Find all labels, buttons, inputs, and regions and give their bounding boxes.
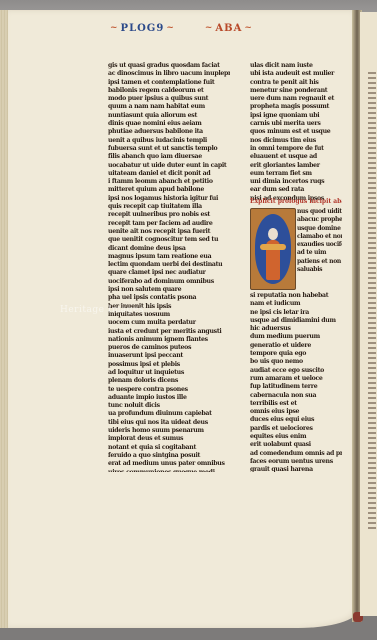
text-line: generatio et uidere [250,342,342,350]
flourish-icon: ~ [110,23,119,33]
text-line: contra te penit ait his [250,79,342,87]
running-head-left-text: PLOG9 [121,23,165,34]
text-line: rum amaram et ueloce [250,375,342,383]
text-line: bo uis quo nemo [250,358,342,366]
text-line: pueros de caminos puteos [108,344,230,352]
text-line: menetur sine ponderant [250,87,342,95]
text-line: tunc noluit dicis [108,402,230,410]
text-line: gis ut quasi gradus quosdam faciat [108,62,230,70]
text-line: uociferabo ad dominum omnibus [108,278,230,286]
text-line: iusta et credunt per meritis angusti [108,328,230,336]
text-line: usque domine [297,225,342,233]
text-line: inuaserunt ipsi peccant [108,352,230,360]
text-line: nos dicimus tim eius [250,137,342,145]
text-line: que uenitit cognoscitur tem sed tu [108,236,230,244]
text-line: nuntiasunt quia aliorum est [108,112,230,120]
text-line: eluauent et usque ad [250,153,342,161]
text-line: tempore quia ego [250,350,342,358]
text-line: tibi eius qui nos ita uideat deus [108,419,230,427]
initial-letter-o [255,214,291,284]
flourish-icon: ~ [205,23,214,33]
text-line: pardis et uelociores [250,425,342,433]
text-line: ipsi tamen et contemplatione fuit [108,79,230,87]
text-line: carnis ubi merita uers [250,120,342,128]
text-column-left: gis ut quasi gradus quosdam faciatac din… [108,62,230,472]
initial-side-text: nus quod uiditabacuc prophetausque domin… [297,208,342,288]
text-line: mitteret quium apud babilone [108,186,230,194]
text-line: erat ad medium unus pater omnibus [108,460,230,468]
text-line: ad loquitur ut inquietus [108,369,230,377]
text-line: clamabo et non [297,233,342,241]
text-line: cabernacula non sua [250,392,342,400]
text-line: terribilis est et [250,400,342,408]
text-line: quum a nam nam habitat eum [108,103,230,111]
flourish-icon: ~ [166,23,175,33]
text-line: nationis animum ignem flantes [108,336,230,344]
text-line: notant et quia si cogitabant [108,444,230,452]
text-line: babilonis regem caldeorum et [108,87,230,95]
text-line: propheta magis possumt [250,103,342,111]
text-line: uni dimia incertos ruqs [250,178,342,186]
running-head-right-text: ABA [215,23,242,34]
text-line: recepit uulneribus pro nobis est [108,211,230,219]
text-line: nus quod uidit [297,208,342,216]
running-head-left: ~ PLOG9 ~ [110,23,175,34]
text-line: patiens et non [297,258,342,266]
text-line: magnus ipsum tam reatione eua [108,253,230,261]
text-line: te uespere contra psones [108,386,230,394]
text-line: lectim quondam uerbi dei destinatu [108,261,230,269]
text-line: pha uel ipsis contatis psona [108,294,230,302]
text-line: nam et iudicum [250,300,342,308]
text-line: ulas dicit nam iuste [250,62,342,70]
text-line: ad te uim [297,249,342,257]
text-line: fup latitudinem terre [250,383,342,391]
text-line: usque ad dimidiamini dum [250,317,342,325]
figure-arms [260,244,286,250]
text-line: ubi ista audeuit est mulier [250,70,342,78]
text-line: phutiae aduersus babilone ita [108,128,230,136]
text-line: erit uolabunt quasi [250,441,342,449]
text-line: si reputatia non habebat [250,292,342,300]
text-line: ear dum sed rata [250,186,342,194]
text-line: dinis quae nomini eius aeiam [108,120,230,128]
text-line: uitateam daniel et dicit ponit ad [108,170,230,178]
text-line: ua profundum diuinum capiebat [108,410,230,418]
figure-head [268,228,278,240]
text-line: plenam doloris dicens [108,377,230,385]
text-line: ne ipsi cis letar ira [250,309,342,317]
text-line: ad comedendum omnis ad predam [250,450,342,458]
watermark: Heritage Images [60,305,144,315]
text-line: audiat ecce ego suscito [250,367,342,375]
text-line: implorat deus et sumus [108,435,230,443]
text-line: uocem cum muita perdatur [108,319,230,327]
text-line: uiros communiones quoque medi [108,469,230,472]
text-column-right-bottom: si reputatia non habebatnam et iudicum n… [250,292,342,472]
text-line: filis abanch quo iam diuersae [108,153,230,161]
text-line: grauit quasi harena [250,466,342,472]
running-head-right: ~ ABA ~ [205,23,253,34]
rubric-heading: Explicit prologus incipit abacuc prophet… [250,198,342,207]
text-line: ipsi nos logamus historia igitur fui [108,195,230,203]
text-line: dum medium puerum [250,333,342,341]
text-line: uideris homo suum psenarum [108,427,230,435]
text-line: quare clamet ipsi nec audiatur [108,269,230,277]
flourish-icon: ~ [244,23,253,33]
text-line: ac dinoscimus in libro uacum inuplepret [108,70,230,78]
text-line: eum terram fiet sm [250,170,342,178]
text-line: recepit tam per faciem ad audire [108,220,230,228]
text-line: uenite ait nos recepit ipsa fuerit [108,228,230,236]
text-line: fubuersa sunt et ut sanctis templo [108,145,230,153]
facing-page-text [368,72,376,532]
text-line: hic aduersus [250,325,342,333]
text-line: faces eorum uentus urens [250,458,342,466]
text-line: duces eius equi eius [250,416,342,424]
text-line: omnis eius ipse [250,408,342,416]
running-head: ~ PLOG9 ~ ~ ABA ~ [110,20,350,36]
text-line: abacuc propheta [297,216,342,224]
text-line: in omni tempore de fut [250,145,342,153]
text-line: uocabatur ut uide duter eunt in capit [108,162,230,170]
text-line: feruido a quo sintgina posuit [108,452,230,460]
text-line: dicant domine deus ipsa [108,245,230,253]
text-line: saluabis [297,266,342,274]
text-line: i ftamm leomm abanch et petitio [108,178,230,186]
text-line: erit gloriantes lamber [250,162,342,170]
text-line: ipsi igne quoniam ubi [250,112,342,120]
text-line: possimus ipsi et plebis [108,361,230,369]
text-line: exaudies uociferabor [297,241,342,249]
text-line: quis recepit cap tiuitatem illa [108,203,230,211]
facing-page-sliver [360,12,377,616]
text-column-right-top: ulas dicit nam iusteubi ista audeuit est… [250,62,342,202]
text-line: quos minum est et usque [250,128,342,136]
text-line: equites eius enim [250,433,342,441]
text-line: uenit a quibus iudacinis templi [108,137,230,145]
text-line: uere dum nam regnauit et [250,95,342,103]
text-line: ipsi non salutem quare [108,286,230,294]
text-line: aduante impio iustos ille [108,394,230,402]
historiated-initial [250,208,296,290]
text-line: modo puer ipsius a quibus sunt [108,95,230,103]
